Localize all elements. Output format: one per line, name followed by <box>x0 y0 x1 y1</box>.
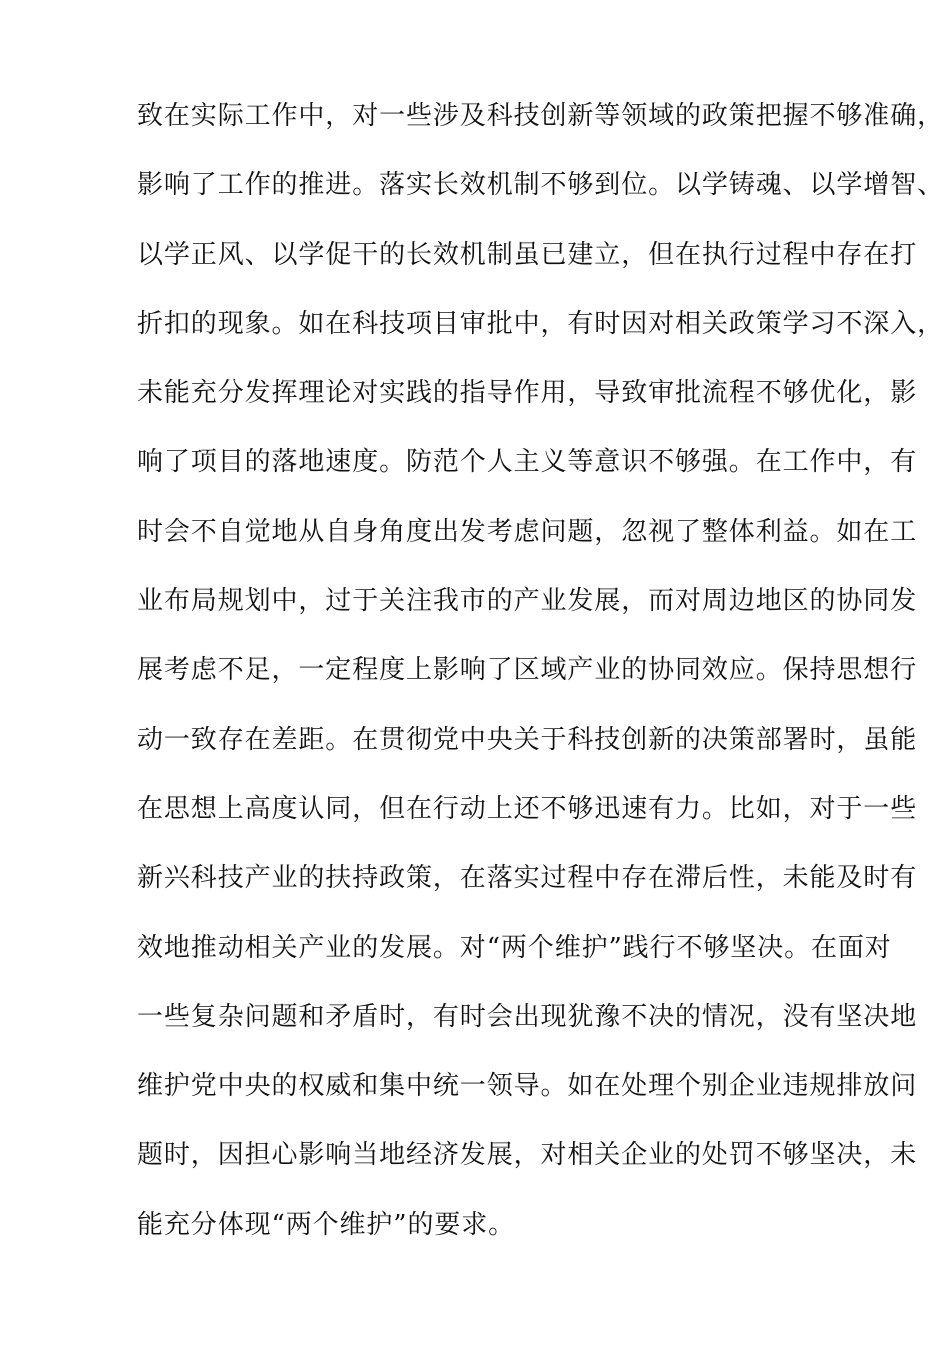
text-line: 折扣的现象。如在科技项目审批中，有时因对相关政策学习不深入， <box>137 294 837 363</box>
text-line: 业布局规划中，过于关注我市的产业发展，而对周边地区的协同发 <box>137 571 837 640</box>
text-line: 致在实际工作中，对一些涉及科技创新等领域的政策把握不够准确， <box>137 86 837 155</box>
document-page: 致在实际工作中，对一些涉及科技创新等领域的政策把握不够准确， 影响了工作的推进。… <box>0 0 950 1346</box>
text-line: 动一致存在差距。在贯彻党中央关于科技创新的决策部署时，虽能 <box>137 710 837 779</box>
text-line: 题时，因担心影响当地经济发展，对相关企业的处罚不够坚决，未 <box>137 1125 837 1194</box>
text-line: 展考虑不足，一定程度上影响了区域产业的协同效应。保持思想行 <box>137 640 837 709</box>
body-paragraph: 致在实际工作中，对一些涉及科技创新等领域的政策把握不够准确， 影响了工作的推进。… <box>137 86 837 1264</box>
text-line: 效地推动相关产业的发展。对“两个维护”践行不够坚决。在面对 <box>137 918 837 987</box>
text-line: 响了项目的落地速度。防范个人主义等意识不够强。在工作中，有 <box>137 432 837 501</box>
text-line: 以学正风、以学促干的长效机制虽已建立，但在执行过程中存在打 <box>137 225 837 294</box>
text-line: 新兴科技产业的扶持政策，在落实过程中存在滞后性，未能及时有 <box>137 848 837 917</box>
text-line: 未能充分发挥理论对实践的指导作用，导致审批流程不够优化，影 <box>137 363 837 432</box>
text-line: 维护党中央的权威和集中统一领导。如在处理个别企业违规排放问 <box>137 1056 837 1125</box>
text-line: 影响了工作的推进。落实长效机制不够到位。以学铸魂、以学增智、 <box>137 155 837 224</box>
text-line: 时会不自觉地从自身角度出发考虑问题，忽视了整体利益。如在工 <box>137 502 837 571</box>
text-line: 在思想上高度认同，但在行动上还不够迅速有力。比如，对于一些 <box>137 779 837 848</box>
text-line: 一些复杂问题和矛盾时，有时会出现犹豫不决的情况，没有坚决地 <box>137 987 837 1056</box>
text-line: 能充分体现“两个维护”的要求。 <box>137 1195 837 1264</box>
